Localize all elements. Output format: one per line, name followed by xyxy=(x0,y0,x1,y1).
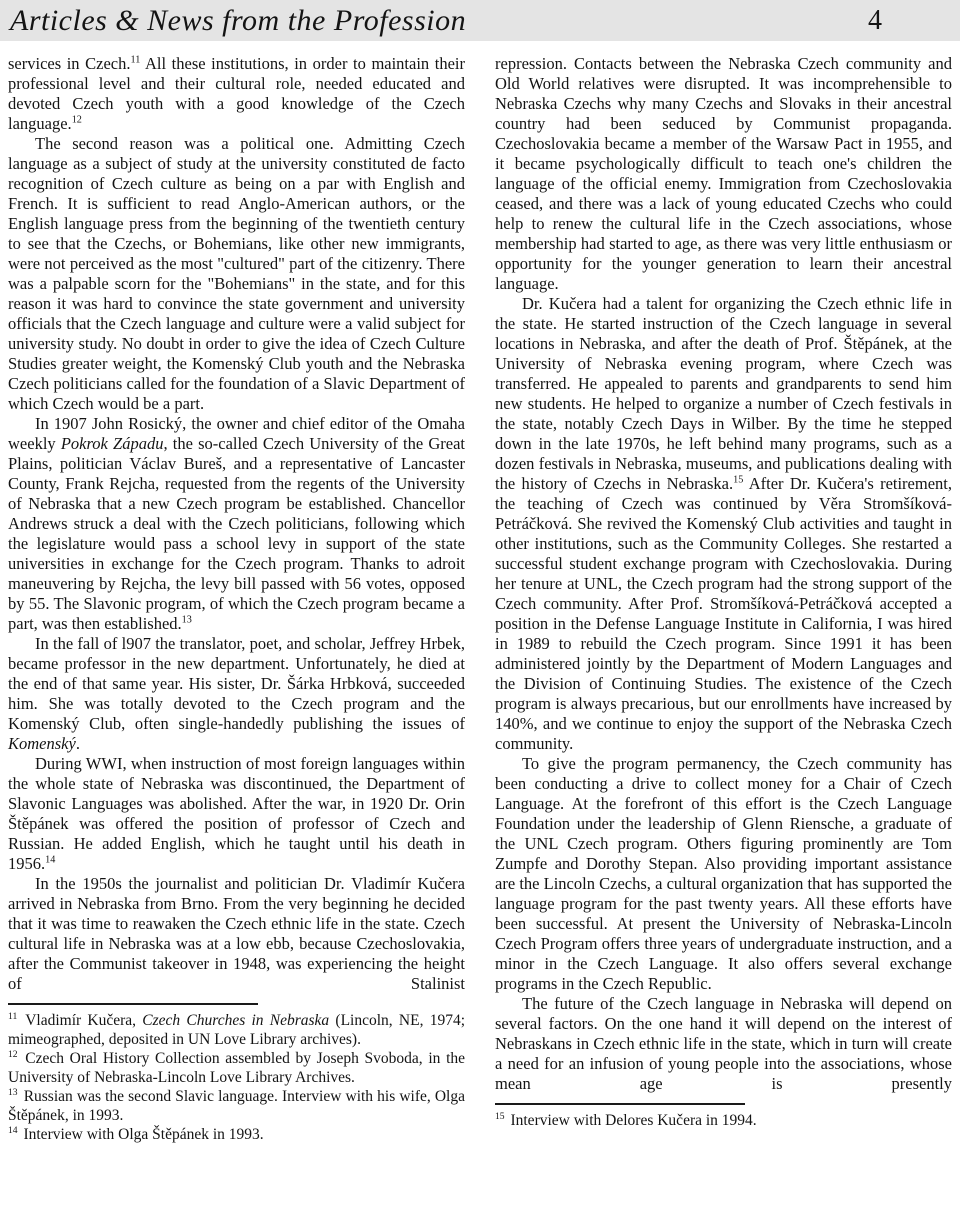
footnote-number: 12 xyxy=(8,1049,18,1060)
right-footnotes: 15 Interview with Delores Kučera in 1994… xyxy=(495,1103,952,1130)
paragraph: In the fall of l907 the translator, poet… xyxy=(8,634,465,754)
footnote-ref: 12 xyxy=(72,115,82,126)
left-column: services in Czech.11 All these instituti… xyxy=(8,54,465,1144)
footnote: 11 Vladimír Kučera, Czech Churches in Ne… xyxy=(8,1011,465,1049)
footnote-number: 15 xyxy=(495,1111,505,1122)
paragraph: In 1907 John Rosický, the owner and chie… xyxy=(8,414,465,634)
paragraph: The future of the Czech language in Nebr… xyxy=(495,994,952,1094)
italic-text: Czech Churches in Nebraska xyxy=(142,1012,329,1029)
footnote: 12 Czech Oral History Collection assembl… xyxy=(8,1049,465,1087)
right-column-body: repression. Contacts between the Nebrask… xyxy=(495,54,952,1094)
footnote-ref: 15 xyxy=(733,475,743,486)
document-page: Articles & News from the Profession 4 se… xyxy=(0,0,960,1144)
footnote-ref: 14 xyxy=(45,855,55,866)
italic-text: Pokrok Západu xyxy=(61,434,164,453)
paragraph: repression. Contacts between the Nebrask… xyxy=(495,54,952,294)
paragraph: services in Czech.11 All these instituti… xyxy=(8,54,465,134)
right-column: repression. Contacts between the Nebrask… xyxy=(495,54,952,1144)
paragraph: During WWI, when instruction of most for… xyxy=(8,754,465,874)
paragraph: In the 1950s the journalist and politici… xyxy=(8,874,465,994)
two-column-layout: services in Czech.11 All these instituti… xyxy=(0,41,960,1144)
footnote-separator xyxy=(8,1003,258,1005)
left-column-body: services in Czech.11 All these instituti… xyxy=(8,54,465,994)
footnote: 15 Interview with Delores Kučera in 1994… xyxy=(495,1111,952,1130)
footnote-number: 13 xyxy=(8,1087,18,1098)
footnote-separator xyxy=(495,1103,745,1105)
footnote-number: 11 xyxy=(8,1011,17,1022)
right-footnote-list: 15 Interview with Delores Kučera in 1994… xyxy=(495,1111,952,1130)
left-footnotes: 11 Vladimír Kučera, Czech Churches in Ne… xyxy=(8,1003,465,1144)
page-title: Articles & News from the Profession xyxy=(10,4,466,38)
footnote: 13 Russian was the second Slavic languag… xyxy=(8,1087,465,1125)
left-footnote-list: 11 Vladimír Kučera, Czech Churches in Ne… xyxy=(8,1011,465,1144)
paragraph: Dr. Kučera had a talent for organizing t… xyxy=(495,294,952,754)
paragraph: To give the program permanency, the Czec… xyxy=(495,754,952,994)
page-number: 4 xyxy=(868,5,882,37)
footnote-number: 14 xyxy=(8,1125,18,1136)
italic-text: Komenský xyxy=(8,734,76,753)
footnote-ref: 13 xyxy=(182,615,192,626)
paragraph: The second reason was a political one. A… xyxy=(8,134,465,414)
page-header: Articles & News from the Profession 4 xyxy=(0,0,960,41)
footnote: 14 Interview with Olga Štěpánek in 1993. xyxy=(8,1125,465,1144)
footnote-ref: 11 xyxy=(131,55,141,66)
